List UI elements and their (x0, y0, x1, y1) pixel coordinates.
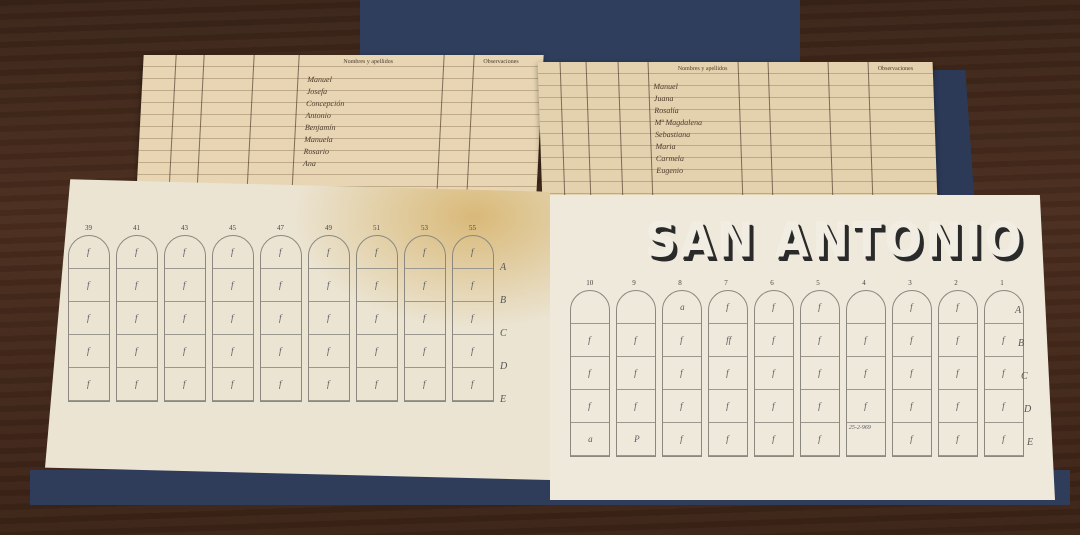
ledger-entry: Concepción (306, 99, 345, 108)
niche-column: 2fffff (938, 290, 978, 457)
ledger-entry: Benjamín (305, 123, 336, 132)
niche-column: 53fffff (404, 235, 446, 402)
niche-column: 41fffff (116, 235, 158, 402)
ledger-entry: Josefa (307, 87, 328, 96)
row-letter: B (500, 295, 506, 306)
ledger-entry: Antonio (305, 111, 331, 120)
niche-column: 5fffff (800, 290, 840, 457)
ledger-entry: Juana (654, 94, 674, 103)
row-letter: D (1024, 404, 1031, 415)
niche-column: 3fffff (892, 290, 932, 457)
row-letter: B (1018, 338, 1024, 349)
niche-column: 8affff (662, 290, 702, 457)
ledger-entry: Carmela (656, 154, 684, 163)
ledger-header: Observaciones (878, 66, 914, 72)
niche-column: 4fff25-2-969 (846, 290, 886, 457)
niche-column: 7ffffff (708, 290, 748, 457)
ledger-entry: Manuel (307, 75, 332, 84)
ledger-header: Observaciones (483, 59, 519, 65)
ledger-header: Nombres y apellidos (343, 59, 393, 65)
ledger-entry: Rosario (303, 147, 329, 156)
ledger-page-right: Nombres y apellidos Observaciones Manuel… (538, 62, 938, 202)
niche-column: 51fffff (356, 235, 398, 402)
ledger-entry: Rosalía (654, 106, 679, 115)
ledger-header: Nombres y apellidos (678, 66, 728, 72)
niche-column: 49fffff (308, 235, 350, 402)
ledger-entry: Manuela (304, 135, 333, 144)
niche-column: 43fffff (164, 235, 206, 402)
page-title: SAN ANTONIO (645, 212, 1025, 268)
row-letter: C (1021, 371, 1028, 382)
ledger-entry: Sebastiana (655, 130, 690, 139)
row-letter: A (500, 262, 506, 273)
ledger-entry: Ana (303, 159, 316, 168)
row-letter: E (1027, 437, 1033, 448)
niche-column: 6fffff (754, 290, 794, 457)
ledger-entry: Manuel (653, 82, 678, 91)
ledger-entry: Eugenio (656, 166, 683, 175)
row-letter: D (500, 361, 507, 372)
niche-column: 45fffff (212, 235, 254, 402)
row-letter: C (500, 328, 507, 339)
niche-grid-right: 10fffa 9fffP 8affff 7ffffff 6fffff 5ffff… (570, 290, 1024, 457)
niche-grid-left: 39fffff 41fffff 43fffff 45fffff 47fffff … (68, 235, 494, 402)
niche-column: 39fffff (68, 235, 110, 402)
ledger-page-left: Nombres y apellidos Observaciones Manuel… (136, 55, 543, 195)
niche-column: 55fffff (452, 235, 494, 402)
row-letter: A (1015, 305, 1021, 316)
niche-column: 47fffff (260, 235, 302, 402)
ledger-entry: Maria (655, 142, 675, 151)
niche-column: 9fffP (616, 290, 656, 457)
niche-column: 10fffa (570, 290, 610, 457)
row-letter: E (500, 394, 506, 405)
ledger-entry: Mª Magdalena (655, 118, 703, 127)
